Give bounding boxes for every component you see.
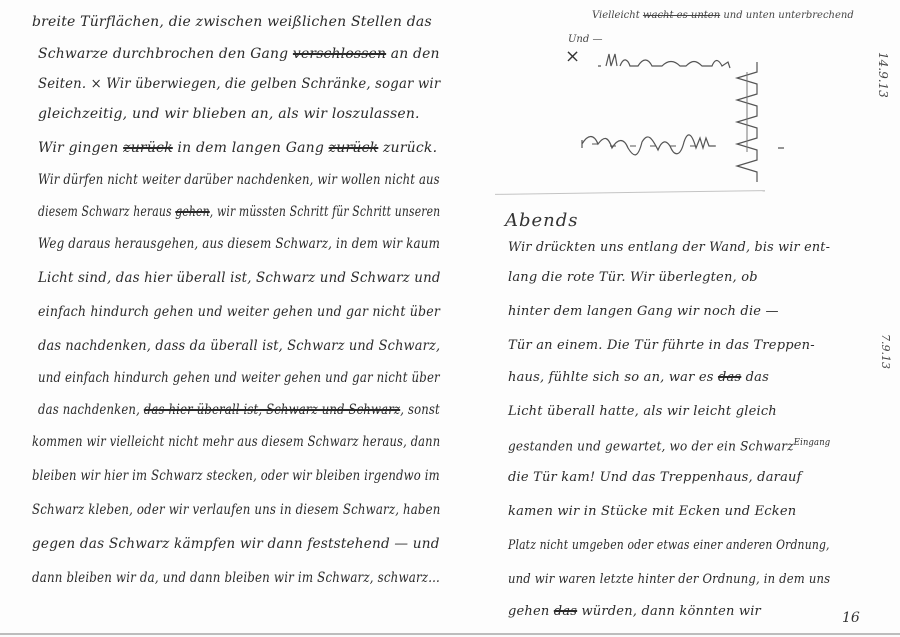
right-line-2: lang die rote Tür. Wir überlegten, ob xyxy=(508,270,758,285)
right-line-9: kamen wir in Stücke mit Ecken und Ecken xyxy=(508,504,796,519)
left-line-1: breite Türflächen, die zwischen weißlich… xyxy=(32,14,432,30)
left-line-9: Licht sind, das hier überall ist, Schwar… xyxy=(38,270,441,286)
page-number: 16 xyxy=(842,610,860,626)
left-line-6: Wir dürfen nicht weiter darüber nachdenk… xyxy=(38,172,440,188)
left-line-8: Weg daraus herausgehen, aus diesem Schwa… xyxy=(38,236,440,252)
right-line-1: Wir drückten uns entlang der Wand, bis w… xyxy=(508,240,830,255)
right-line-4: Tür an einem. Die Tür führte in das Trep… xyxy=(508,338,815,353)
left-line-14: kommen wir vielleicht nicht mehr aus die… xyxy=(32,434,440,450)
left-line-17: gegen das Schwarz kämpfen wir dann fests… xyxy=(32,536,440,552)
left-line-16: Schwarz kleben, oder wir verlaufen uns i… xyxy=(32,502,440,518)
right-line-12: gehen das würden, dann könnten wir xyxy=(508,604,761,619)
manuscript-page: Vielleicht wacht es unten und unten unte… xyxy=(0,0,900,635)
left-line-10: einfach hindurch gehen und weiter gehen … xyxy=(38,304,440,320)
right-line-11: und wir waren letzte hinter der Ordnung,… xyxy=(508,572,830,587)
left-line-3: Seiten. × Wir überwiegen, die gelben Sch… xyxy=(38,76,440,92)
left-line-2: Schwarze durchbrochen den Gang verschlos… xyxy=(38,46,440,62)
section-heading: Abends xyxy=(505,210,579,231)
left-line-18: dann bleiben wir da, und dann bleiben wi… xyxy=(32,570,440,586)
left-line-15: bleiben wir hier im Schwarz stecken, ode… xyxy=(32,468,440,484)
right-line-3: hinter dem langen Gang wir noch die — xyxy=(508,304,779,319)
left-line-5: Wir gingen zurück in dem langen Gang zur… xyxy=(38,140,437,156)
date-top-right: 14.9.13 xyxy=(876,52,890,98)
date-right-margin: 7.9.13 xyxy=(879,334,892,369)
left-line-4: gleichzeitig, und wir blieben an, als wi… xyxy=(38,106,420,122)
left-line-13: das nachdenken, das hier überall ist, Sc… xyxy=(38,402,440,418)
right-line-7: gestanden und gewartet, wo der ein Schwa… xyxy=(508,438,830,454)
left-line-11: das nachdenken, dass da überall ist, Sch… xyxy=(38,338,440,354)
right-line-10: Platz nicht umgeben oder etwas einer and… xyxy=(508,538,830,553)
left-line-7: diesem Schwarz heraus gehen, wir müssten… xyxy=(38,204,440,220)
right-line-6: Licht überall hatte, als wir leicht glei… xyxy=(508,404,777,419)
right-line-8: die Tür kam! Und das Treppenhaus, darauf xyxy=(508,470,802,485)
right-line-5: haus, fühlte sich so an, war es das das xyxy=(508,370,769,385)
left-line-12: und einfach hindurch gehen und weiter ge… xyxy=(38,370,440,386)
